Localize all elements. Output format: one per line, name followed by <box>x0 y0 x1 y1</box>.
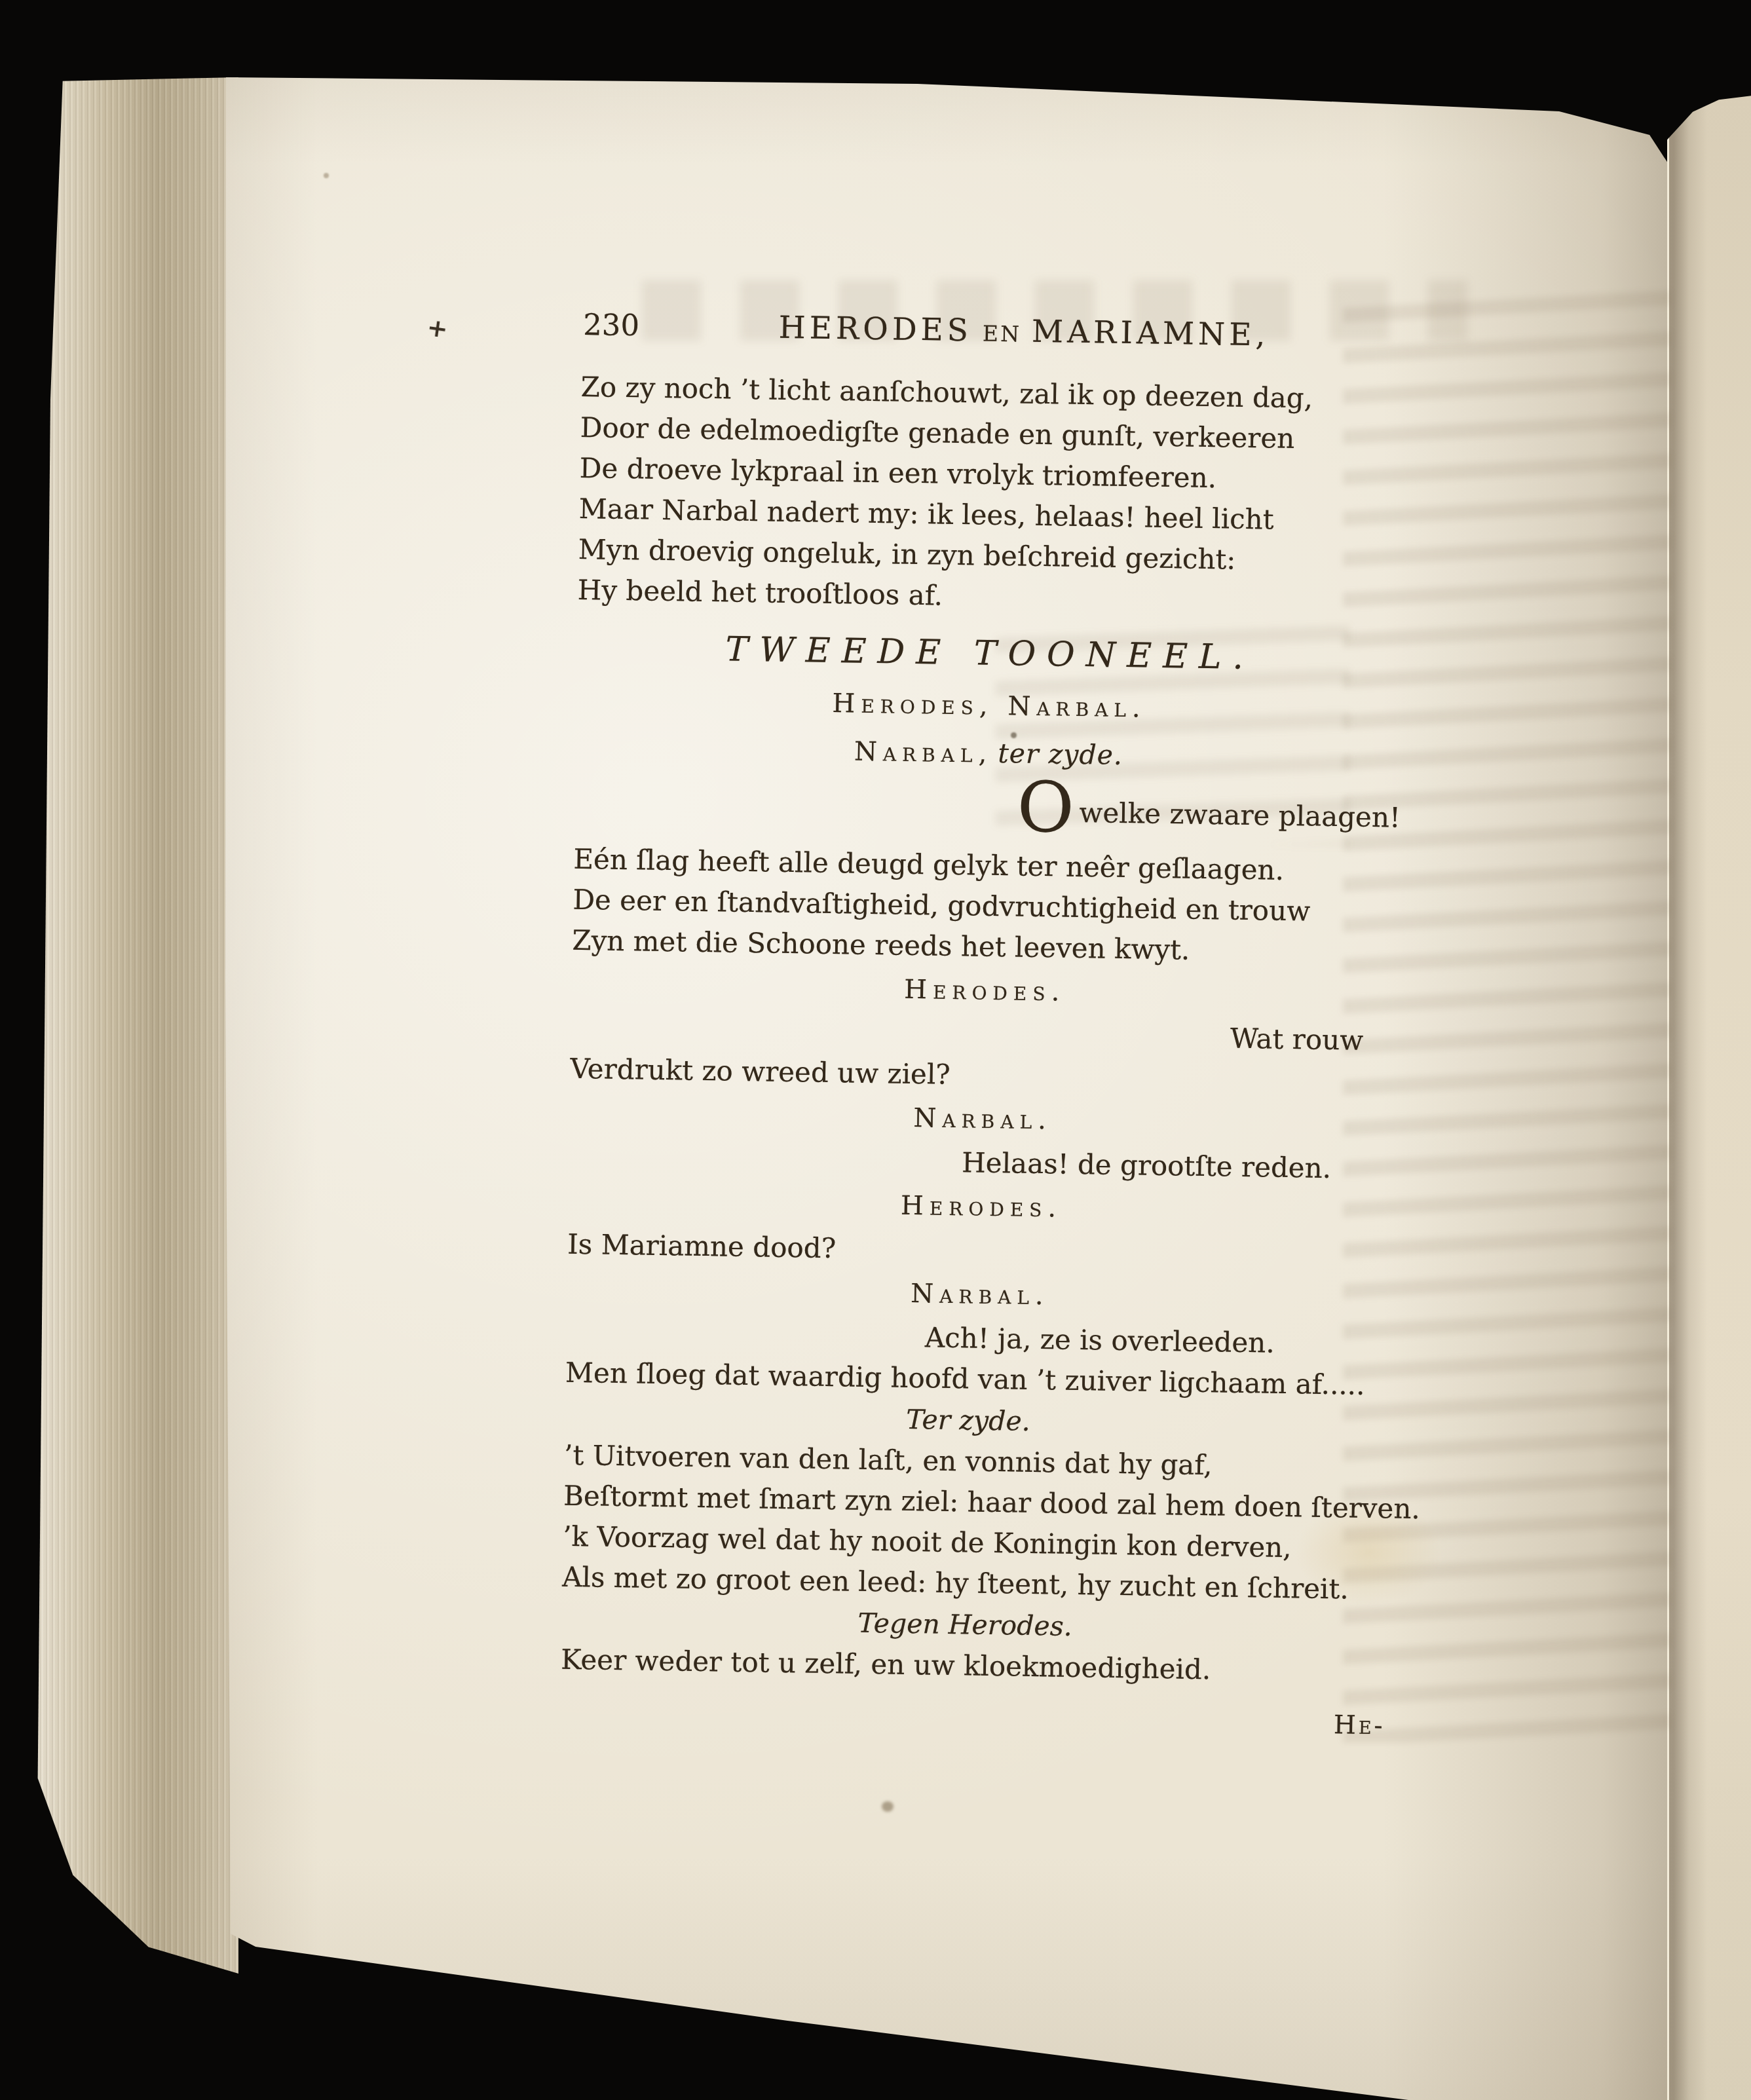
verse-lines: Zo zy noch ’t licht aanſchouwt, zal ik o… <box>544 367 1447 1694</box>
adjacent-page-gutter <box>1667 92 1751 2100</box>
printed-text-block: 230 HERODESENMARIAMNE, Zo zy noch ’t lic… <box>543 307 1448 1742</box>
book-photo: + 230 HERODESENMARIAMNE, Zo zy noch ’t l… <box>0 0 1751 2100</box>
running-title-part: MARIAMNE, <box>1032 314 1270 354</box>
line-verse-initial: Owelke zwaare plaagen! <box>574 771 1440 853</box>
verse-text: welke zwaare plaagen! <box>1079 797 1401 834</box>
running-title: HERODESENMARIAMNE, <box>778 310 1270 354</box>
ink-speck <box>324 173 329 178</box>
margin-cross-mark: + <box>425 312 450 344</box>
speaker-name: Narbal, <box>854 737 993 769</box>
stage-direction: ter zyde. <box>998 738 1123 771</box>
running-title-part: HERODES <box>778 310 972 349</box>
running-title-part: EN <box>983 321 1022 347</box>
page-stack-fore-edge <box>34 77 238 1974</box>
page-number: 230 <box>565 307 640 343</box>
drop-cap-initial: O <box>1017 766 1075 848</box>
paper-stain <box>882 1801 894 1812</box>
